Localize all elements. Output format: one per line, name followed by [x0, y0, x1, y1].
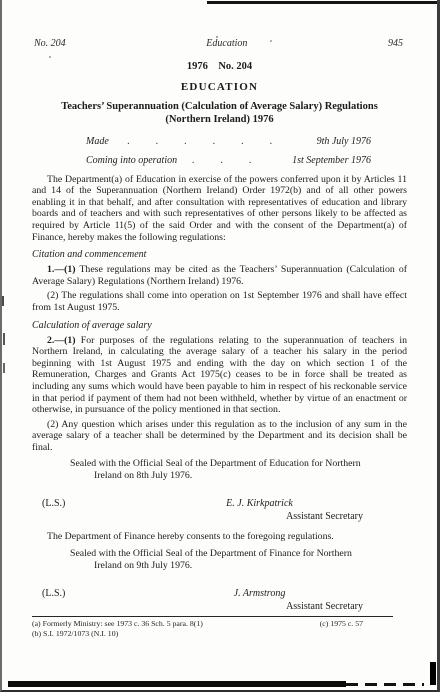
scan-artifact-margin-tick [3, 333, 5, 345]
scan-artifact-margin-tick [3, 363, 5, 373]
scan-artifact-speck [49, 56, 51, 58]
regulation-2-2-number: (2) [47, 419, 58, 430]
footnote-a: (a) Formerly Ministry: see 1973 c. 36 Sc… [32, 619, 203, 629]
signatory-role: Assistant Secretary [152, 511, 367, 524]
signatory-name: J. Armstrong [152, 588, 367, 601]
scan-artifact-bottom-bar [8, 681, 346, 687]
regulation-1-1: 1.—(1) These regulations may be cited as… [32, 264, 407, 287]
statute-number: 1976 No. 204 [32, 61, 407, 72]
made-row: Made ...... 9th July 1976 [86, 136, 371, 147]
made-label: Made [86, 136, 109, 147]
regulation-1-2: (2) The regulations shall come into oper… [32, 290, 407, 313]
footnote-columns: (a) Formerly Ministry: see 1973 c. 36 Sc… [32, 619, 407, 638]
regulation-2-1-number: 2.—(1) [47, 335, 76, 346]
coming-into-operation-row: Coming into operation ... 1st September … [86, 155, 371, 166]
scan-artifact-bottom-dashes [346, 683, 424, 686]
coming-into-operation-date: 1st September 1976 [292, 155, 371, 166]
scan-artifact-corner-mark [430, 662, 436, 685]
footnote-rule [32, 616, 393, 617]
made-date: 9th July 1976 [317, 136, 371, 147]
scan-artifact-margin-tick [2, 296, 4, 306]
signatory-name: E. J. Kirkpatrick [152, 498, 367, 511]
dot-leader: ...... [109, 136, 317, 147]
signatory-role: Assistant Secretary [152, 601, 367, 614]
signature-block-education: (L.S.) E. J. Kirkpatrick Assistant Secre… [42, 498, 367, 523]
footnotes-left: (a) Formerly Ministry: see 1973 c. 36 Sc… [32, 619, 203, 638]
footnote-c: (c) 1975 c. 57 [320, 619, 407, 638]
ls-mark: (L.S.) [42, 498, 65, 509]
finance-consent-statement: The Department of Finance hereby consent… [32, 531, 407, 543]
footnote-block: (a) Formerly Ministry: see 1973 c. 36 Sc… [32, 616, 407, 638]
header-page-number: 945 [388, 38, 403, 49]
regulation-1-1-number: 1.—(1) [47, 264, 76, 275]
regulation-1-1-text: These regulations may be cited as the Te… [32, 264, 407, 287]
signatory-education: E. J. Kirkpatrick Assistant Secretary [152, 498, 367, 523]
coming-into-operation-label: Coming into operation [86, 155, 177, 166]
signature-block-finance: (L.S.) J. Armstrong Assistant Secretary [42, 588, 367, 613]
regulation-2-1-text: For purposes of the regulations relating… [32, 335, 407, 416]
document-title: Teachers’ Superannuation (Calculation of… [48, 101, 392, 127]
signatory-finance: J. Armstrong Assistant Secretary [152, 588, 367, 613]
regulation-2-1: 2.—(1) For purposes of the regulations r… [32, 335, 407, 416]
category-heading: EDUCATION [32, 81, 407, 93]
regulation-2-2-text: Any question which arises under this reg… [32, 419, 407, 453]
seal-statement-finance: Sealed with the Official Seal of the Dep… [94, 548, 381, 571]
seal-statement-education: Sealed with the Official Seal of the Dep… [94, 458, 381, 481]
dot-leader: ... [177, 155, 292, 166]
regulation-2-2: (2) Any question which arises under this… [32, 419, 407, 454]
running-header: No. 204 Education 945 [32, 38, 407, 49]
footnote-b: (b) S.I. 1972/1073 (N.I. 10) [32, 629, 203, 639]
section-heading-calculation: Calculation of average salary [32, 320, 407, 332]
header-subject: Education [206, 38, 247, 49]
scan-artifact-top-line [207, 1, 440, 4]
section-heading-citation: Citation and commencement [32, 249, 407, 261]
regulation-1-2-number: (2) [47, 290, 58, 301]
preamble-paragraph: The Department(a) of Education in exerci… [32, 174, 407, 244]
header-statute-ref: No. 204 [34, 38, 66, 49]
ls-mark: (L.S.) [42, 588, 65, 599]
regulation-1-2-text: The regulations shall come into operatio… [32, 290, 407, 313]
document-page: No. 204 Education 945 1976 No. 204 EDUCA… [0, 0, 440, 692]
